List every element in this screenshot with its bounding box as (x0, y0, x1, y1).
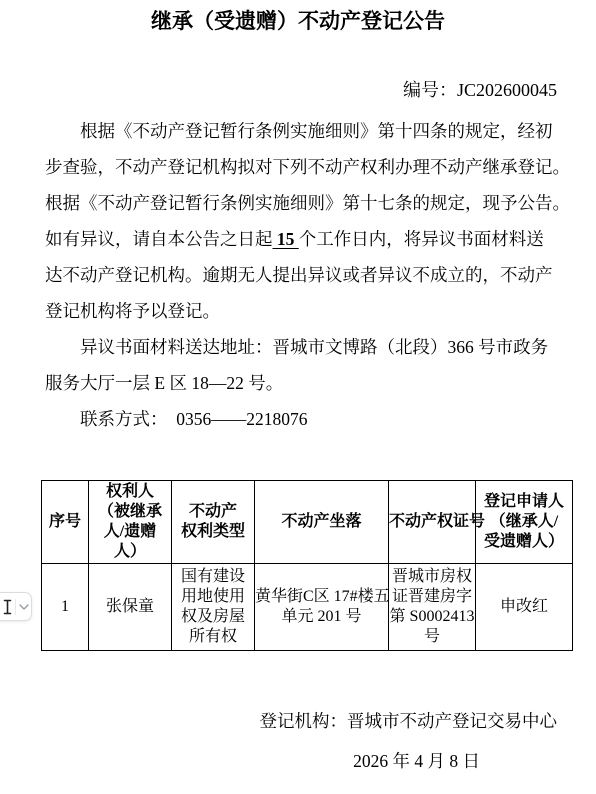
objection-days-value: 15 (273, 229, 299, 249)
registration-table: 序号 权利人 （被继承 人/遗赠 人） 不动产 权利类型 不动产坐落 不动产权证… (41, 480, 573, 651)
registration-agency: 登记机构：晋城市不动产登记交易中心 (45, 710, 570, 732)
cell-rights-holder: 张保童 (89, 564, 172, 651)
header-cell-right-type: 不动产 权利类型 (172, 481, 255, 564)
announcement-document: 继承（受遗赠）不动产登记公告 编号：JC202600045 根据《不动产登记暂行… (0, 8, 596, 794)
header-cell-rights-holder: 权利人 （被继承 人/遗赠 人） (89, 481, 172, 564)
selection-tool-popup[interactable] (0, 592, 32, 621)
doc-number: 编号：JC202600045 (45, 79, 570, 101)
body-paragraph-contact: 联系方式： 0356——2218076 (45, 401, 570, 437)
table-header-row: 序号 权利人 （被继承 人/遗赠 人） 不动产 权利类型 不动产坐落 不动产权证… (42, 481, 573, 564)
header-cell-location: 不动产坐落 (255, 481, 389, 564)
announcement-date: 2026 年 4 月 8 日 (45, 750, 570, 772)
cell-right-type: 国有建设 用地使用 权及房屋 所有权 (172, 564, 255, 651)
text-cursor-icon[interactable] (0, 593, 15, 620)
header-cell-applicant: 登记申请人 （继承人/ 受遗赠人） (476, 481, 573, 564)
header-cell-index: 序号 (42, 481, 89, 564)
cell-certificate-no: 晋城市房权 证晋建房字 第 S0002413 号 (389, 564, 476, 651)
cell-location: 黄华街C区 17#楼五 单元 201 号 (255, 564, 389, 651)
chevron-down-icon[interactable] (16, 593, 31, 620)
table-row: 1 张保童 国有建设 用地使用 权及房屋 所有权 黄华街C区 17#楼五 单元 … (42, 564, 573, 651)
cell-applicant: 申改红 (476, 564, 573, 651)
page-title: 继承（受遗赠）不动产登记公告 (0, 8, 596, 34)
header-cell-certificate-no: 不动产权证号 (389, 481, 476, 564)
body-paragraph-address: 异议书面材料送达地址：晋城市文博路（北段）366 号市政务 服务大厅一层 E 区… (45, 329, 570, 401)
cell-index: 1 (42, 564, 89, 651)
body-paragraph-main: 根据《不动产登记暂行条例实施细则》第十四条的规定，经初 步查验，不动产登记机构拟… (45, 113, 570, 329)
